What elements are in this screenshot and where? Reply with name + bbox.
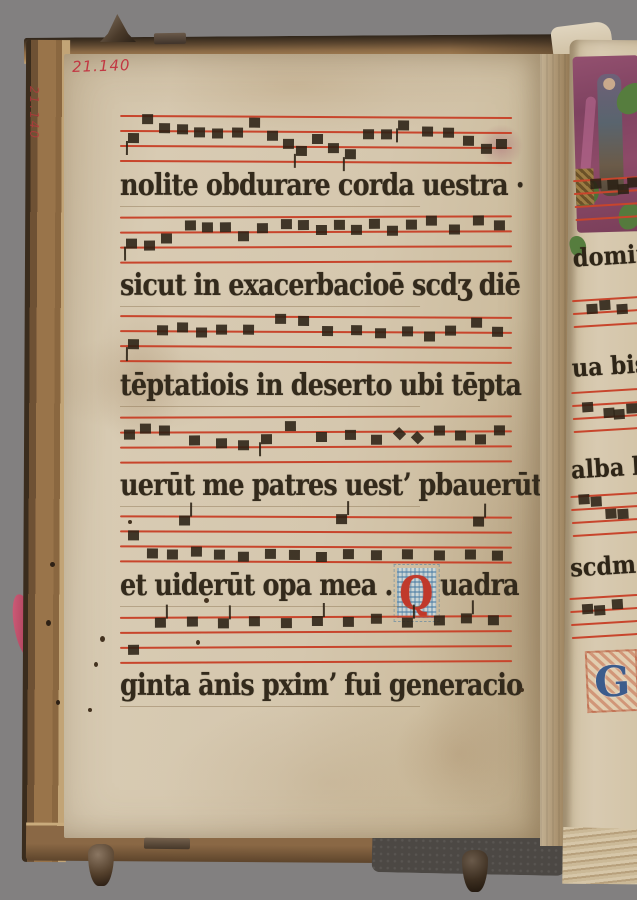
neume: [449, 224, 460, 234]
neume: [371, 550, 382, 560]
chant-text-line: et uiderūt opa mea .Quadra: [120, 563, 453, 616]
metal-boss-top: [100, 14, 136, 42]
neume: [238, 551, 249, 561]
neume: [398, 120, 409, 130]
neume-stem: [413, 604, 415, 618]
neume: [159, 123, 170, 133]
neume: [167, 549, 178, 559]
neume: [316, 551, 327, 561]
neume: [185, 220, 196, 230]
initial-g-letter: G: [593, 656, 631, 707]
neume: [343, 617, 354, 627]
neume: [177, 125, 188, 135]
neume: [406, 220, 417, 230]
wormhole: [88, 708, 92, 712]
neume: [375, 328, 386, 338]
chant-text: et uiderūt opa mea .: [120, 568, 393, 603]
staff-line: [573, 531, 637, 537]
neume: [267, 130, 278, 140]
neume-stem: [472, 600, 474, 614]
neume: [316, 432, 327, 442]
metal-fitting-top: [154, 33, 186, 45]
neume: [128, 645, 139, 655]
neume: [296, 145, 307, 155]
neume: [189, 435, 200, 445]
staff-line: [120, 215, 512, 218]
wormhole: [128, 520, 132, 524]
neume: [345, 430, 356, 440]
neume: [312, 615, 323, 625]
neume: [626, 403, 637, 414]
neume: [179, 515, 190, 525]
neume: [473, 516, 484, 526]
neume-stem: [229, 605, 231, 619]
metal-fitting-bottom: [144, 838, 190, 849]
neume: [159, 426, 170, 436]
binding-left-board: [22, 40, 70, 862]
neume-stem: [126, 141, 128, 155]
music-staff: [120, 215, 512, 263]
neume: [196, 327, 207, 337]
neume: [155, 618, 166, 628]
metal-foot-bottom-left: [88, 844, 114, 886]
neume: [238, 440, 249, 450]
neume: [147, 548, 158, 558]
right-facing-page: domine nua bis inalba borscdm mlo G: [562, 40, 637, 885]
neume-stem: [484, 503, 486, 517]
neume: [617, 303, 629, 314]
neume: [463, 136, 474, 146]
neume: [238, 231, 249, 241]
neume: [496, 139, 507, 149]
staff-line: [571, 620, 637, 626]
neume: [605, 508, 617, 519]
neume-stem: [347, 501, 349, 515]
neume: [124, 430, 135, 440]
neume: [249, 616, 260, 626]
music-staff-fragment: [571, 388, 637, 434]
wormhole: [520, 688, 524, 692]
chant-text-line: nolite obdurare corda uestra ·: [120, 163, 453, 216]
neume: [249, 117, 260, 127]
neume: [216, 438, 227, 448]
neume: [220, 223, 231, 233]
chant-text-fragment: ua bis in: [571, 347, 637, 383]
wormhole: [50, 562, 55, 567]
neume: [481, 144, 492, 154]
staff-line: [572, 633, 637, 639]
neume: [445, 325, 456, 335]
neume: [393, 427, 406, 440]
music-staff: [120, 315, 512, 364]
staff-line: [120, 345, 512, 349]
neume: [386, 226, 397, 236]
music-staff-fragment: [569, 594, 637, 640]
neume: [202, 222, 213, 232]
decorated-initial-g: G: [585, 649, 637, 713]
staff-line: [571, 388, 637, 394]
neume: [144, 240, 155, 250]
neume: [475, 434, 486, 444]
music-staff: [120, 115, 512, 164]
neume: [275, 314, 286, 324]
staff-line: [120, 645, 512, 649]
music-staff-fragment: [570, 492, 637, 538]
fore-edge-leaf-stack: [562, 827, 637, 884]
staff-line: [572, 518, 637, 524]
neume-stem: [259, 442, 261, 456]
chant-text-line: ginta ānis pximʼ fui generacio: [120, 663, 453, 716]
neume: [411, 431, 424, 444]
neume: [312, 133, 323, 143]
staff-line: [120, 145, 512, 149]
metal-foot-bottom-right: [462, 850, 488, 892]
neume: [343, 549, 354, 559]
neume: [473, 215, 484, 225]
chant-text-fragment: scdm m: [569, 548, 637, 583]
neume: [402, 617, 413, 627]
neume: [599, 299, 611, 310]
neume: [257, 223, 268, 233]
neume: [334, 220, 345, 230]
neume-stem: [126, 347, 128, 361]
music-staff-fragment: [572, 296, 637, 342]
neume: [422, 127, 433, 137]
left-parchment-page: 21.140 nolite obdurare corda uestra ·sic…: [64, 54, 546, 838]
neume: [591, 496, 603, 507]
neume: [582, 603, 594, 614]
neume: [283, 139, 294, 149]
neume: [281, 219, 292, 229]
chant-text-line: sicut in exacerbacioē scdʒ diē: [120, 263, 453, 316]
neume: [218, 618, 229, 628]
staff-line: [120, 415, 512, 418]
neume: [265, 548, 276, 558]
neume: [371, 614, 382, 624]
staff-line: [120, 315, 512, 319]
shelfmark-label: 21.140: [72, 56, 131, 76]
neume: [232, 127, 243, 137]
neume: [471, 318, 482, 328]
staff-line: [575, 202, 637, 208]
neume: [298, 220, 309, 230]
neume: [243, 324, 254, 334]
neume: [336, 514, 347, 524]
neume: [426, 216, 437, 226]
music-staff-fragment: [573, 176, 637, 222]
neume: [194, 128, 205, 138]
wormhole: [196, 640, 200, 645]
neume: [322, 326, 333, 336]
neume: [157, 325, 168, 335]
neume: [212, 128, 223, 138]
neume: [128, 133, 139, 143]
neume: [494, 220, 505, 230]
neume: [369, 218, 380, 228]
music-staff: [120, 615, 512, 664]
neume: [140, 424, 151, 434]
neume: [381, 129, 392, 139]
spine-shelfmark-label: 21.140: [27, 86, 41, 140]
neume: [461, 613, 472, 623]
neume: [161, 233, 172, 243]
neume: [345, 149, 356, 159]
music-staff: [120, 415, 512, 463]
staff-line: [120, 630, 512, 634]
staff-line: [120, 545, 512, 548]
staff-line: [120, 245, 512, 248]
chant-text-fragment: alba bor: [570, 449, 637, 484]
neume: [288, 550, 299, 560]
wormhole: [94, 662, 98, 667]
neume: [126, 239, 137, 249]
neume: [455, 430, 466, 440]
neume: [281, 618, 292, 628]
wormhole: [56, 700, 60, 705]
manuscript-photo: 21.140 21.140 nolite obdurare corda uest…: [0, 0, 637, 900]
neume: [298, 316, 309, 326]
neume: [371, 435, 382, 445]
neume: [578, 494, 590, 505]
neume: [627, 177, 637, 188]
staff-line: [120, 445, 512, 448]
neume: [285, 421, 296, 431]
neume: [434, 426, 445, 436]
neume: [142, 114, 153, 124]
neume: [590, 178, 602, 189]
staff-line: [120, 115, 512, 119]
neume: [465, 549, 476, 559]
neume: [177, 322, 188, 332]
chant-text: uadra: [440, 568, 519, 603]
chant-text-line: uerūt me patres uestʼ pbauerūt: [120, 463, 453, 516]
neume: [613, 409, 625, 420]
staff-line: [120, 530, 512, 533]
neume: [187, 616, 198, 626]
decorated-initial-q: Q: [397, 568, 436, 618]
staff-line: [569, 594, 637, 600]
neume: [424, 332, 435, 342]
neume: [328, 143, 339, 153]
neume: [488, 615, 499, 625]
neume: [351, 225, 362, 235]
neume: [434, 550, 445, 560]
neume: [617, 508, 629, 519]
wormhole: [204, 598, 209, 603]
left-page-content: nolite obdurare corda uestra ·sicut in e…: [120, 116, 512, 716]
neume-stem: [323, 602, 325, 616]
wormhole: [100, 636, 105, 642]
neume-stem: [166, 605, 168, 619]
music-staff: [120, 515, 512, 563]
neume: [402, 549, 413, 559]
neume: [433, 615, 444, 625]
staff-line: [574, 322, 637, 328]
neume-stem: [190, 502, 192, 516]
neume-stem: [396, 128, 398, 142]
right-page-content: domine nua bis inalba borscdm mlo: [570, 40, 637, 41]
neume: [582, 402, 594, 413]
neume-stem: [124, 247, 126, 261]
chant-text-line: tēptatiois in deserto ubi tēpta: [120, 363, 453, 416]
neume: [443, 127, 454, 137]
neume: [351, 325, 362, 335]
neume: [612, 599, 624, 610]
neume: [214, 550, 225, 560]
neume: [216, 324, 227, 334]
neume: [402, 326, 413, 336]
wormhole: [46, 620, 51, 626]
neume: [492, 551, 503, 561]
neume: [128, 530, 139, 540]
neume: [492, 327, 503, 337]
neume: [128, 339, 139, 349]
neume: [494, 425, 505, 435]
staff-line: [574, 427, 637, 433]
neume: [190, 547, 201, 557]
neume: [594, 605, 606, 616]
neume: [316, 224, 327, 234]
neume: [261, 434, 272, 444]
neume: [363, 129, 374, 139]
neume: [586, 304, 598, 315]
